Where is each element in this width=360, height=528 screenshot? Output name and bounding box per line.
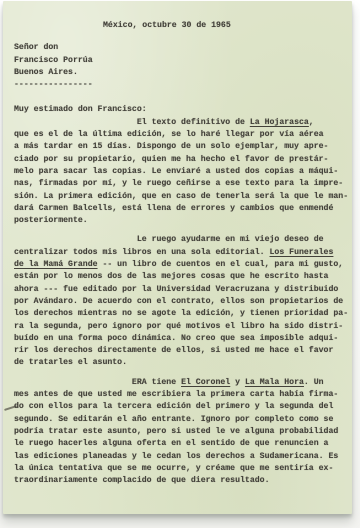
- date-line: México, octubre 30 de 1965: [103, 20, 343, 32]
- text-segment: que es el de la última edición, se lo ha…: [14, 130, 324, 139]
- text-segment: ,: [309, 118, 314, 127]
- text-segment: traordinariamente complacido de que dier…: [14, 476, 270, 485]
- text-line: ahora --- fue editado por la Universidad…: [14, 284, 343, 296]
- text-segment: buído en una forma poco dinámica. No cre…: [14, 334, 338, 343]
- text-line: Le ruego ayudarme en mi viejo deseo de: [14, 234, 343, 246]
- text-line: de la Mamá Grande -- un libro de cuentos…: [14, 259, 343, 271]
- text-segment: mes antes de que usted me escribiera la …: [14, 390, 338, 399]
- underlined-book-title: El Coronel: [181, 378, 230, 387]
- underlined-book-title: La Mala Hora: [245, 378, 304, 387]
- text-segment: las ediciones planeadas y le cedan los d…: [14, 452, 338, 461]
- salutation-line: Muy estimado don Francisco:: [14, 104, 343, 116]
- text-segment: centralizar todos mis libros en una sola…: [14, 248, 270, 257]
- text-line: están por lo menos dos de las mejores co…: [14, 271, 343, 283]
- text-line: centralizar todos mis libros en una sola…: [14, 247, 343, 259]
- text-line: la única tentativa que se me ocurre, y c…: [14, 463, 343, 475]
- text-line: las ediciones planeadas y le cedan los d…: [14, 451, 343, 463]
- text-segment: podría tratar este asunto, pero si usted…: [14, 427, 338, 436]
- underlined-book-title: La Hojarasca: [250, 118, 309, 127]
- text-line: a más tardar en 15 días. Dispongo de un …: [14, 141, 343, 153]
- text-line: de tratarles el asunto.: [14, 357, 343, 369]
- paragraph: El texto definitivo de La Hojarasca,que …: [14, 117, 343, 228]
- text-line: rir los derechos directamente de ellos, …: [14, 345, 343, 357]
- text-line: que es el de la última edición, se lo ha…: [14, 129, 343, 141]
- text-line: melo para sacar las copias. Le enviaré a…: [14, 166, 343, 178]
- text-segment: ciado por su propietario, quien me ha he…: [14, 155, 328, 164]
- text-segment: do con ellos para la tercera edición del…: [14, 402, 333, 411]
- text-line: ERA tiene El Coronel y La Mala Hora. Un: [14, 377, 343, 389]
- underlined-book-title: de la Mamá Grande: [14, 260, 98, 269]
- text-segment: nas, firmadas por mí, y le ruego ceñirse…: [14, 179, 343, 188]
- text-segment: los derechos mientras no se agote la edi…: [14, 309, 348, 318]
- text-line: dará Carmen Balcells, está llena de erro…: [14, 203, 343, 215]
- text-line: podría tratar este asunto, pero si usted…: [14, 426, 343, 438]
- text-line: sión. La primera edición, que en caso de…: [14, 191, 343, 203]
- text-segment: ERA tiene: [14, 378, 181, 387]
- text-segment: posteriormente.: [14, 216, 88, 225]
- text-segment: a más tardar en 15 días. Dispongo de un …: [14, 142, 328, 151]
- text-segment: -- un libro de cuentos en el cual, para …: [98, 260, 344, 269]
- letter-body: El texto definitivo de La Hojarasca,que …: [14, 117, 343, 488]
- text-segment: de tratarles el asunto.: [14, 358, 127, 367]
- text-line: segundo. Se editarán el año entrante. Ig…: [14, 414, 343, 426]
- text-segment: segundo. Se editarán el año entrante. Ig…: [14, 415, 333, 424]
- text-segment: . Un: [304, 378, 324, 387]
- text-segment: ra la segunda, pero ignoro por qué motiv…: [14, 322, 343, 331]
- letter-scan-background: México, octubre 30 de 1965 Señor donFran…: [0, 0, 360, 528]
- text-line: le ruego hacerles alguna oferta en el se…: [14, 438, 343, 450]
- text-segment: y: [230, 378, 245, 387]
- letter-paper: México, octubre 30 de 1965 Señor donFran…: [3, 1, 352, 514]
- text-line: nas, firmadas por mí, y le ruego ceñirse…: [14, 178, 343, 190]
- paragraph: Le ruego ayudarme en mi viejo deseo dece…: [14, 234, 343, 369]
- text-segment: Le ruego ayudarme en mi viejo deseo de: [14, 235, 324, 244]
- text-line: ciado por su propietario, quien me ha he…: [14, 154, 343, 166]
- text-segment: la única tentativa que se me ocurre, y c…: [14, 464, 333, 473]
- text-line: ra la segunda, pero ignoro por qué motiv…: [14, 321, 343, 333]
- separator-dashes: ----------------: [14, 79, 343, 91]
- text-line: traordinariamente complacido de que dier…: [14, 475, 343, 487]
- text-segment: sión. La primera edición, que en caso de…: [14, 192, 348, 201]
- text-line: El texto definitivo de La Hojarasca,: [14, 117, 343, 129]
- text-line: mes antes de que usted me escribiera la …: [14, 389, 343, 401]
- recipient-block: Señor donFrancisco PorrúaBuenos Aires.--…: [14, 42, 343, 91]
- text-line: posteriormente.: [14, 215, 343, 227]
- recipient-line: Señor don: [14, 42, 343, 54]
- text-segment: melo para sacar las copias. Le enviaré a…: [14, 167, 338, 176]
- underlined-book-title: Los Funerales: [270, 248, 334, 257]
- text-segment: dará Carmen Balcells, está llena de erro…: [14, 204, 333, 213]
- text-segment: están por lo menos dos de las mejores co…: [14, 272, 328, 281]
- paragraph: ERA tiene El Coronel y La Mala Hora. Unm…: [14, 377, 343, 488]
- text-segment: rir los derechos directamente de ellos, …: [14, 346, 333, 355]
- text-line: buído en una forma poco dinámica. No cre…: [14, 333, 343, 345]
- text-segment: El texto definitivo de: [14, 118, 250, 127]
- text-line: por Avándaro. De acuerdo con el contrato…: [14, 296, 343, 308]
- text-segment: le ruego hacerles alguna oferta en el se…: [14, 439, 328, 448]
- text-segment: ahora --- fue editado por la Universidad…: [14, 285, 338, 294]
- text-line: do con ellos para la tercera edición del…: [14, 401, 343, 413]
- recipient-line: Buenos Aires.: [14, 67, 343, 79]
- text-segment: por Avándaro. De acuerdo con el contrato…: [14, 297, 343, 306]
- recipient-line: Francisco Porrúa: [14, 55, 343, 67]
- text-line: los derechos mientras no se agote la edi…: [14, 308, 343, 320]
